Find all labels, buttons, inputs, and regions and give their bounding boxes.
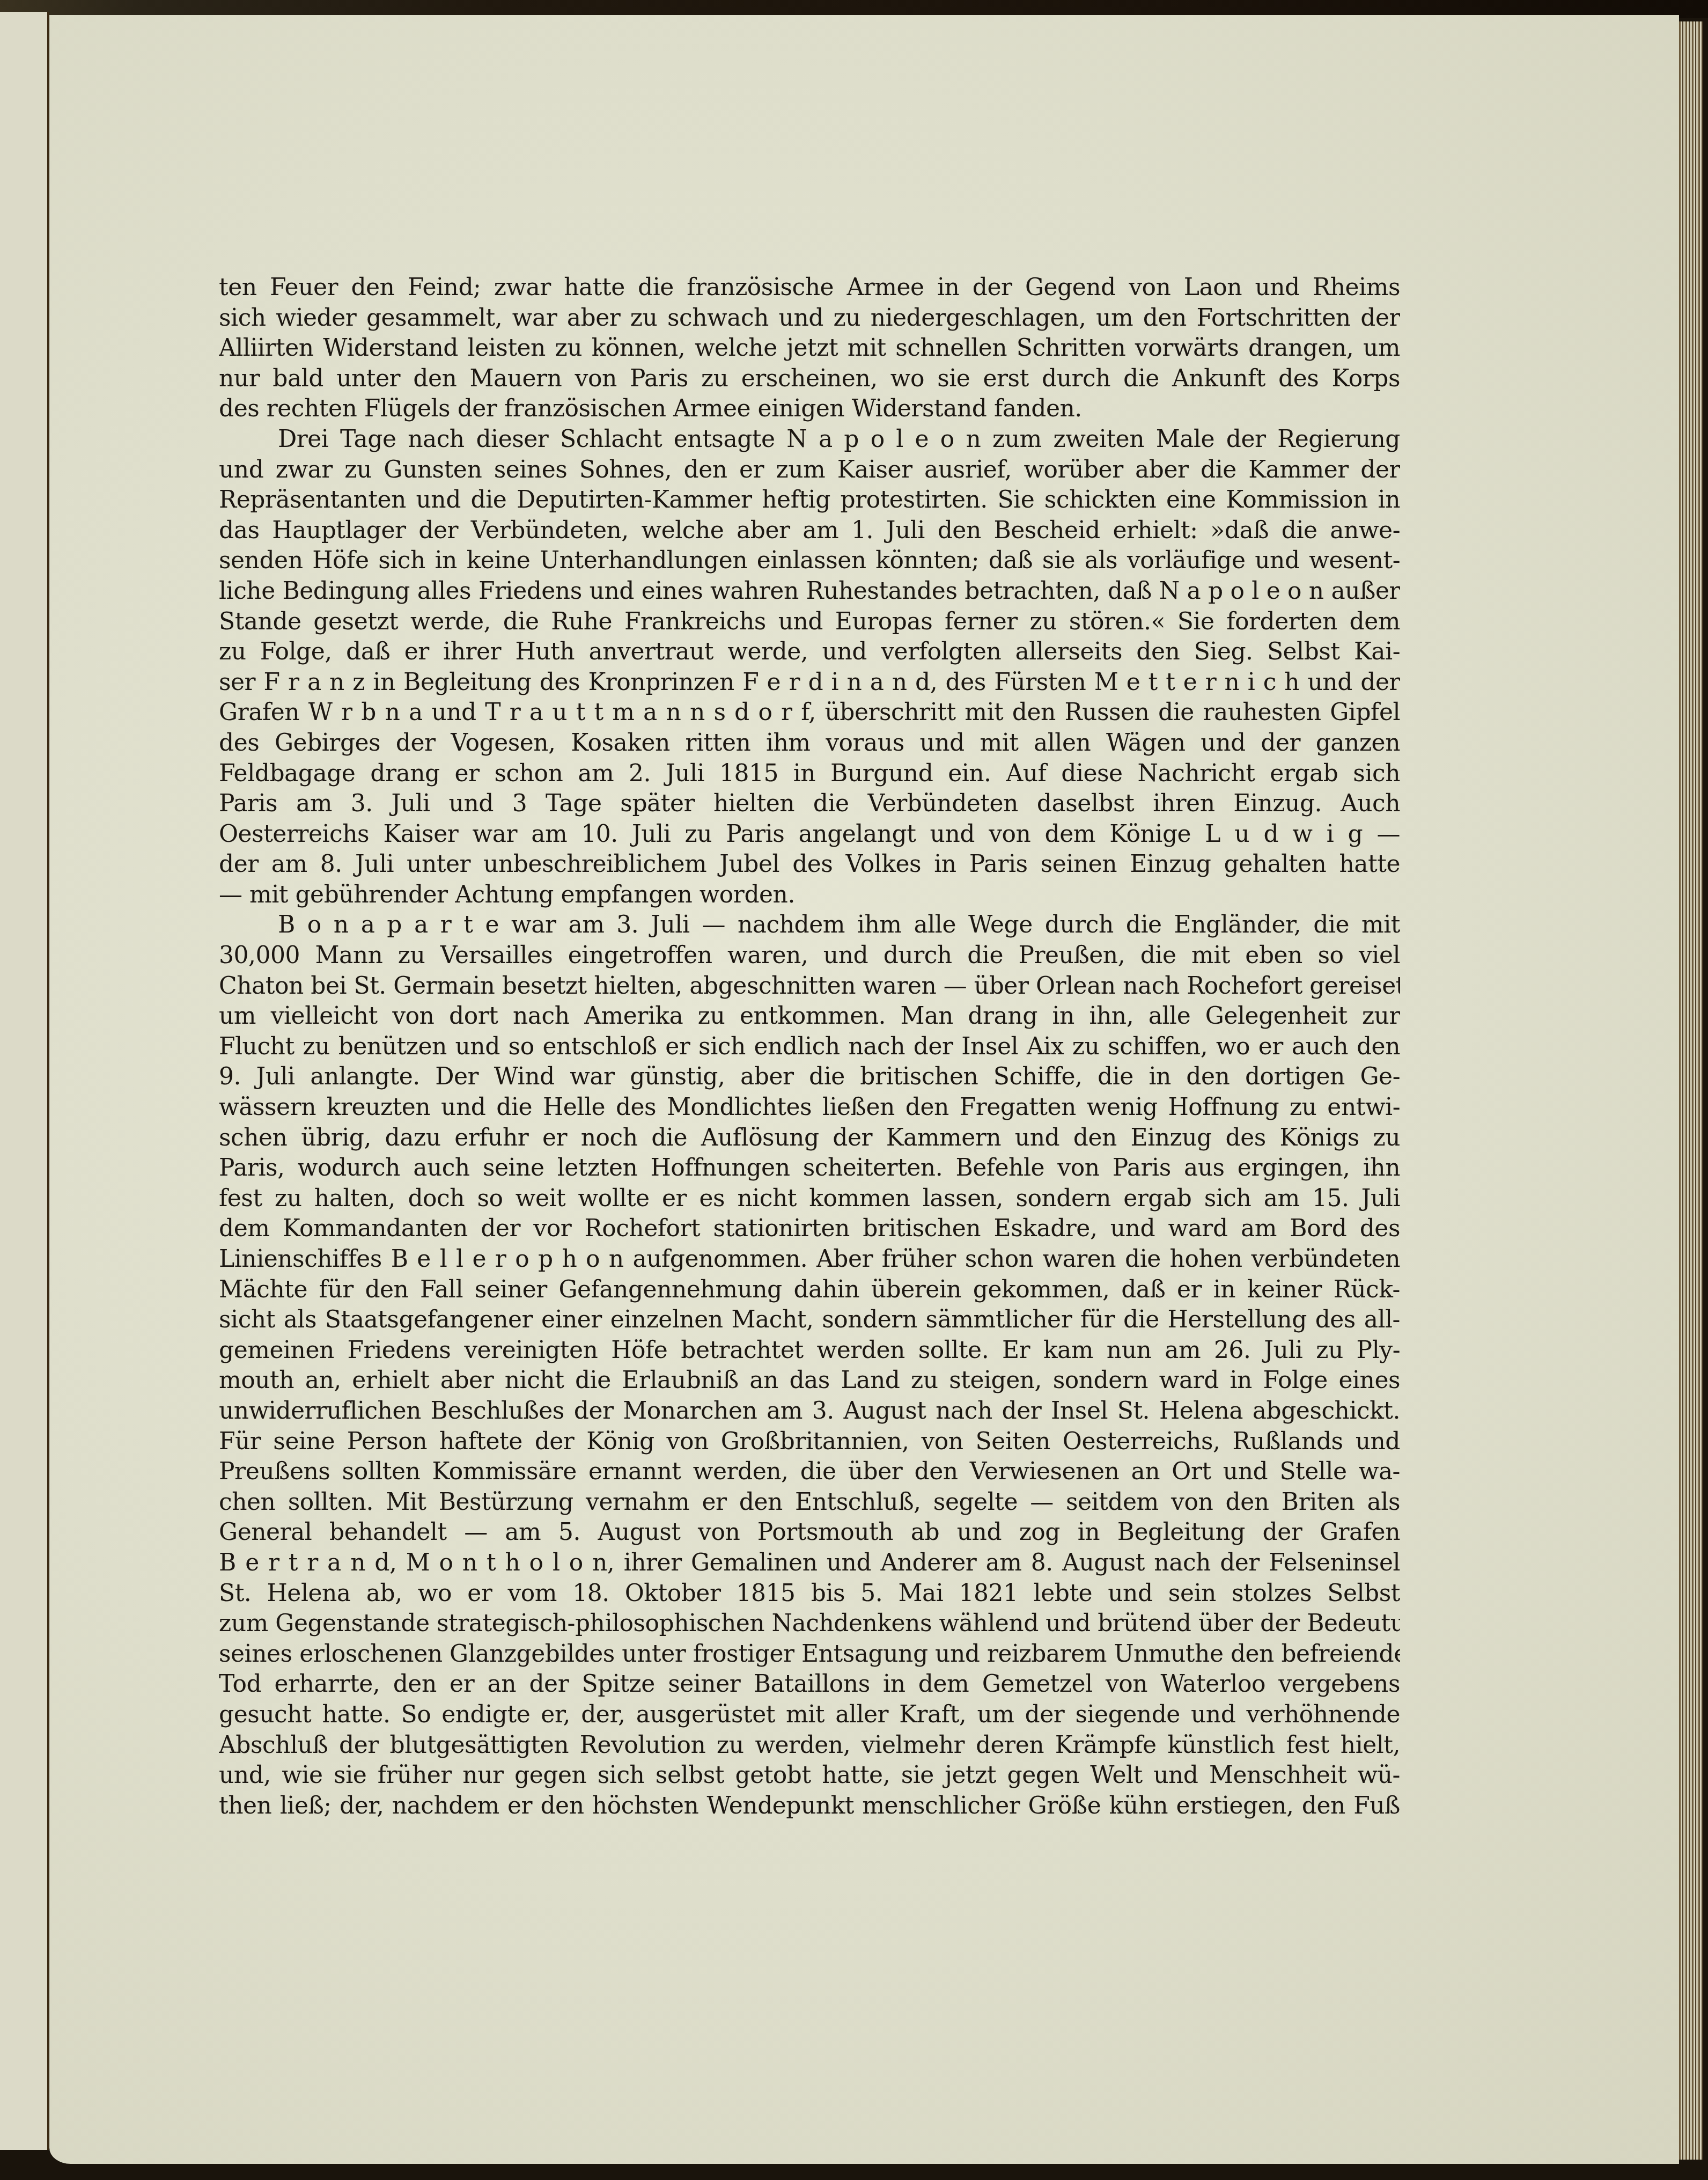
text-line: Stande gesetzt werde, die Ruhe Frankreic… [219,607,1400,637]
text-line: des Gebirges der Vogesen, Kosaken ritten… [219,728,1400,759]
text-line: Oesterreichs Kaiser war am 10. Juli zu P… [219,819,1400,850]
text-line: Paris am 3. Juli und 3 Tage später hielt… [219,789,1400,819]
text-line: unwiderruflichen Beschlußes der Monarche… [219,1396,1400,1427]
text-line: then ließ; der, nachdem er den höchsten … [219,1791,1400,1822]
facing-page-edge [0,12,49,2150]
text-line: Flucht zu benützen und so entschloß er s… [219,1032,1400,1062]
text-line: liche Bedingung alles Friedens und eines… [219,576,1400,607]
paragraph: ten Feuer den Feind; zwar hatte die fran… [219,273,1400,424]
text-line: ten Feuer den Feind; zwar hatte die fran… [219,273,1400,303]
text-line: und zwar zu Gunsten seines Sohnes, den e… [219,455,1400,486]
text-line: um vielleicht von dort nach Amerika zu e… [219,1001,1400,1032]
text-line: schen übrig, dazu erfuhr er noch die Auf… [219,1123,1400,1154]
paragraph: Drei Tage nach dieser Schlacht entsagte … [219,424,1400,911]
text-line: St. Helena ab, wo er vom 18. Oktober 181… [219,1579,1400,1609]
text-line: Linienschiffes B e l l e r o p h o n auf… [219,1244,1400,1275]
text-line: und, wie sie früher nur gegen sich selbs… [219,1760,1400,1791]
text-line: Preußens sollten Kommissäre ernannt werd… [219,1457,1400,1487]
text-line: Abschluß der blutgesättigten Revolution … [219,1730,1400,1761]
text-line: 30,000 Mann zu Versailles eingetroffen w… [219,941,1400,971]
text-line: fest zu halten, doch so weit wollte er e… [219,1184,1400,1214]
text-line: nur bald unter den Mauern von Paris zu e… [219,364,1400,394]
text-line: des rechten Flügels der französischen Ar… [219,394,1400,424]
text-line: Drei Tage nach dieser Schlacht entsagte … [219,424,1400,455]
text-line: sich wieder gesammelt, war aber zu schwa… [219,303,1400,334]
body-text: ten Feuer den Feind; zwar hatte die fran… [219,273,1400,1821]
text-line: senden Höfe sich in keine Unterhandlunge… [219,546,1400,576]
text-line: seines erloschenen Glanzgebildes unter f… [219,1639,1400,1670]
text-line: Repräsentanten und die Deputirten-Kammer… [219,485,1400,516]
text-line: Feldbagage drang er schon am 2. Juli 181… [219,759,1400,789]
text-line: 9. Juli anlangte. Der Wind war günstig, … [219,1062,1400,1092]
text-line: das Hauptlager der Verbündeten, welche a… [219,516,1400,546]
text-line: zu Folge, daß er ihrer Huth anvertraut w… [219,637,1400,667]
text-line: wässern kreuzten und die Helle des Mondl… [219,1092,1400,1123]
text-line: Für seine Person haftete der König von G… [219,1427,1400,1457]
text-line: Tod erharrte, den er an der Spitze seine… [219,1669,1400,1700]
text-line: zum Gegenstande strategisch-philosophisc… [219,1609,1400,1639]
text-line: Grafen W r b n a und T r a u t t m a n n… [219,698,1400,728]
text-line: Chaton bei St. Germain besetzt hielten, … [219,971,1400,1002]
text-line: gesucht hatte. So endigte er, der, ausge… [219,1700,1400,1730]
text-line: B o n a p a r t e war am 3. Juli — nachd… [219,910,1400,941]
text-line: Paris, wodurch auch seine letzten Hoffnu… [219,1153,1400,1184]
text-line: Alliirten Widerstand leisten zu können, … [219,333,1400,364]
stacked-page-edges [1679,21,1703,2160]
text-line: sicht als Staatsgefangener einer einzeln… [219,1305,1400,1335]
text-line: General behandelt — am 5. August von Por… [219,1517,1400,1548]
text-line: gemeinen Friedens vereinigten Höfe betra… [219,1335,1400,1366]
text-line: mouth an, erhielt aber nicht die Erlaubn… [219,1366,1400,1396]
paragraph: B o n a p a r t e war am 3. Juli — nachd… [219,910,1400,1821]
text-line: — mit gebührender Achtung empfangen word… [219,880,1400,911]
text-line: B e r t r a n d, M o n t h o l o n, ihre… [219,1548,1400,1579]
text-line: chen sollten. Mit Bestürzung vernahm er … [219,1487,1400,1518]
text-line: ser F r a n z in Begleitung des Kronprin… [219,667,1400,698]
text-line: Mächte für den Fall seiner Gefangennehmu… [219,1275,1400,1305]
text-line: der am 8. Juli unter unbeschreiblichem J… [219,849,1400,880]
text-line: dem Kommandanten der vor Rochefort stati… [219,1214,1400,1244]
